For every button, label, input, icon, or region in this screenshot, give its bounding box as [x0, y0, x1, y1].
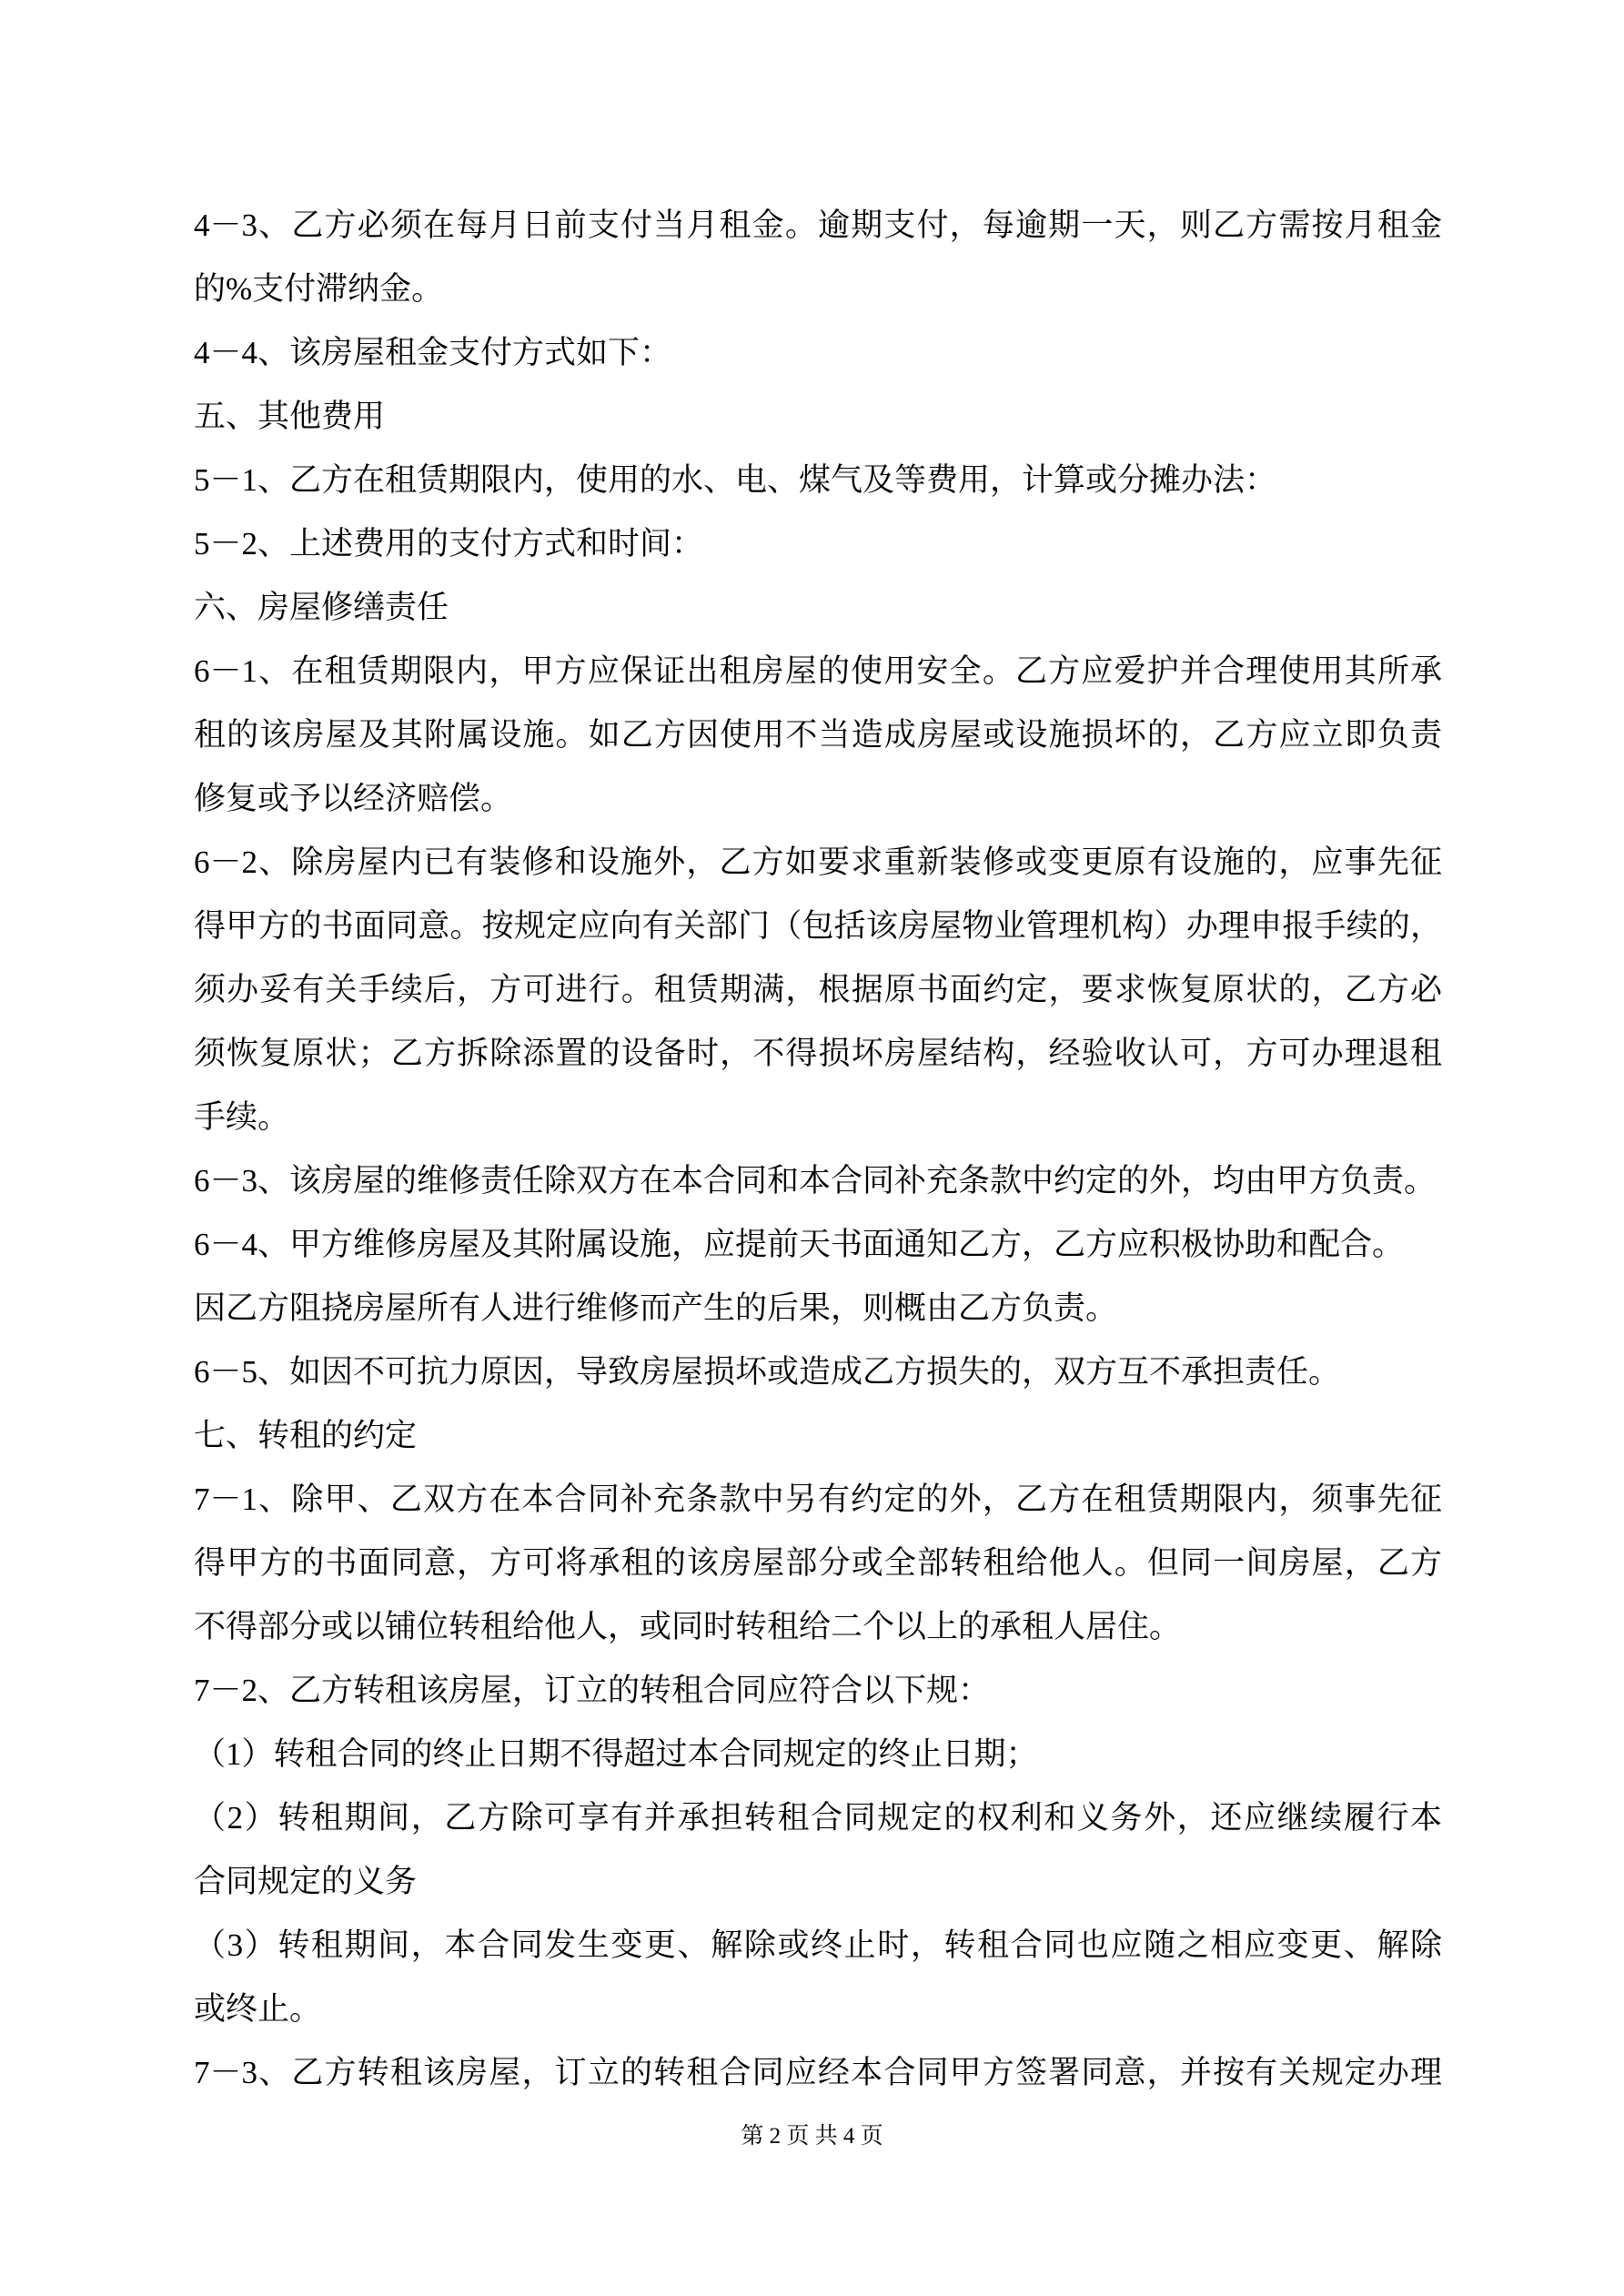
text-line: （3）转租期间，本合同发生变更、解除或终止时，转租合同也应随之相应变更、解除 — [194, 1914, 1442, 1977]
text-line: 六、房屋修缮责任 — [194, 576, 1442, 640]
text-line: 得甲方的书面同意，方可将承租的该房屋部分或全部转租给他人。但同一间房屋，乙方 — [194, 1532, 1442, 1595]
text-line: 4－3、乙方必须在每月日前支付当月租金。逾期支付，每逾期一天，则乙方需按月租金 — [194, 194, 1442, 258]
text-line: 五、其他费用 — [194, 385, 1442, 449]
page-footer: 第 2 页 共 4 页 — [0, 2117, 1624, 2157]
text-line: 租的该房屋及其附属设施。如乙方因使用不当造成房屋或设施损坏的，乙方应立即负责 — [194, 703, 1442, 767]
text-line: （2）转租期间，乙方除可享有并承担转租合同规定的权利和义务外，还应继续履行本 — [194, 1786, 1442, 1850]
text-line: 的%支付滞纳金。 — [194, 258, 1442, 321]
text-line: 5－2、上述费用的支付方式和时间： — [194, 512, 1442, 576]
text-line: （1）转租合同的终止日期不得超过本合同规定的终止日期； — [194, 1723, 1442, 1786]
text-line: 七、转租的约定 — [194, 1404, 1442, 1468]
text-line: 不得部分或以铺位转租给他人，或同时转租给二个以上的承租人居住。 — [194, 1595, 1442, 1659]
text-line: 6－2、除房屋内已有装修和设施外，乙方如要求重新装修或变更原有设施的，应事先征 — [194, 831, 1442, 895]
text-line: 修复或予以经济赔偿。 — [194, 767, 1442, 831]
text-line: 6－1、在租赁期限内，甲方应保证出租房屋的使用安全。乙方应爱护并合理使用其所承 — [194, 640, 1442, 703]
text-line: 6－4、甲方维修房屋及其附属设施，应提前天书面通知乙方，乙方应积极协助和配合。 — [194, 1213, 1442, 1277]
text-line: 7－1、除甲、乙双方在本合同补充条款中另有约定的外，乙方在租赁期限内，须事先征 — [194, 1468, 1442, 1532]
text-line: 因乙方阻挠房屋所有人进行维修而产生的后果，则概由乙方负责。 — [194, 1277, 1442, 1340]
text-line: 或终止。 — [194, 1977, 1442, 2041]
text-line: 5－1、乙方在租赁期限内，使用的水、电、煤气及等费用，计算或分摊办法： — [194, 449, 1442, 512]
text-line: 合同规定的义务 — [194, 1850, 1442, 1914]
text-line: 7－3、乙方转租该房屋，订立的转租合同应经本合同甲方签署同意，并按有关规定办理 — [194, 2041, 1442, 2105]
contract-page: 4－3、乙方必须在每月日前支付当月租金。逾期支付，每逾期一天，则乙方需按月租金的… — [0, 0, 1624, 2296]
text-line: 须恢复原状；乙方拆除添置的设备时，不得损坏房屋结构，经验收认可，方可办理退租 — [194, 1022, 1442, 1086]
text-line: 6－3、该房屋的维修责任除双方在本合同和本合同补充条款中约定的外，均由甲方负责。 — [194, 1149, 1442, 1213]
text-line: 手续。 — [194, 1086, 1442, 1149]
text-line: 4－4、该房屋租金支付方式如下： — [194, 321, 1442, 385]
text-line: 6－5、如因不可抗力原因，导致房屋损坏或造成乙方损失的，双方互不承担责任。 — [194, 1340, 1442, 1404]
text-line: 得甲方的书面同意。按规定应向有关部门（包括该房屋物业管理机构）办理申报手续的， — [194, 895, 1442, 958]
text-line: 7－2、乙方转租该房屋，订立的转租合同应符合以下规： — [194, 1659, 1442, 1723]
document-body: 4－3、乙方必须在每月日前支付当月租金。逾期支付，每逾期一天，则乙方需按月租金的… — [194, 194, 1442, 2105]
text-line: 须办妥有关手续后，方可进行。租赁期满，根据原书面约定，要求恢复原状的，乙方必 — [194, 958, 1442, 1022]
